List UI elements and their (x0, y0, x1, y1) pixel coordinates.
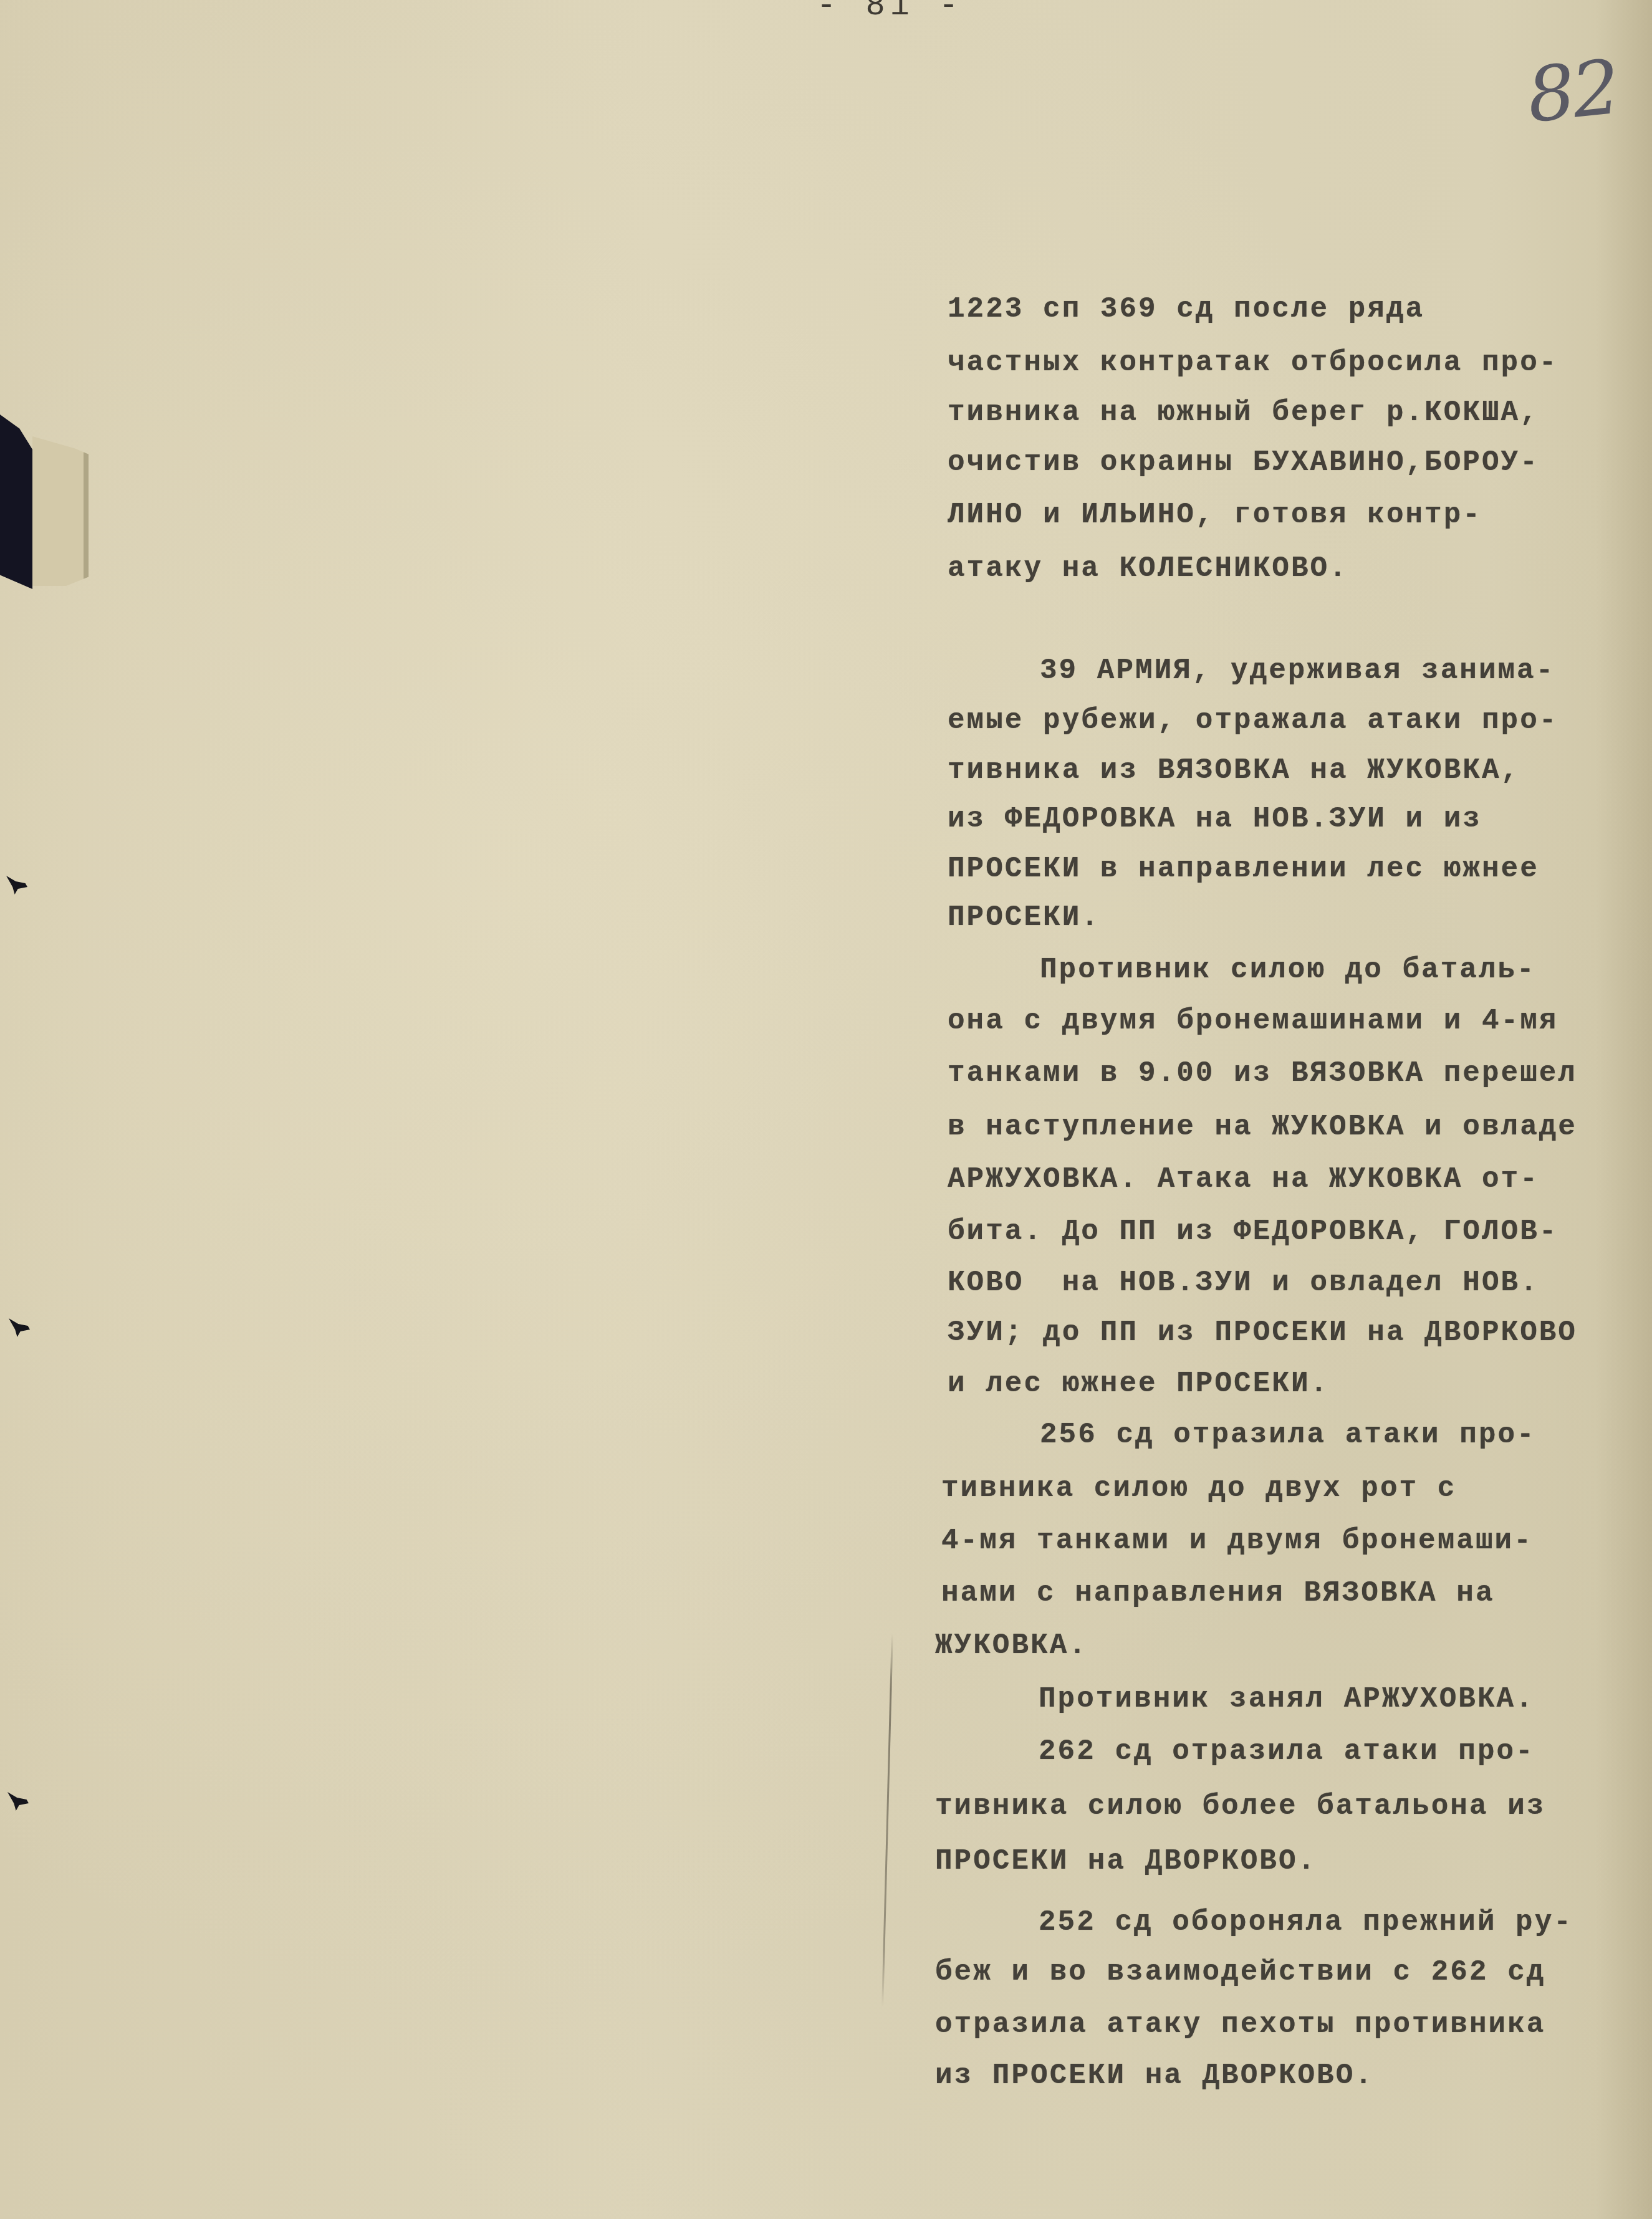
text-line: 4-мя танками и двумя бронемаши- (941, 1525, 1533, 1557)
page-edge-shadow (1596, 0, 1652, 2219)
text-line: Противник силою до баталь- (1040, 954, 1536, 986)
text-line: 1223 сп 369 сд после ряда (948, 293, 1424, 325)
text-line: бита. До ПП из ФЕДОРОВКА, ГОЛОВ- (948, 1215, 1558, 1248)
text-line: ЗУИ; до ПП из ПРОСЕКИ на ДВОРКОВО (948, 1316, 1577, 1349)
text-line: она с двумя бронемашинами и 4-мя (948, 1005, 1558, 1037)
text-line: тивника силою более батальона из (935, 1790, 1545, 1823)
text-line: тивника силою до двух рот с (941, 1472, 1456, 1505)
text-line: Противник занял АРЖУХОВКА. (1039, 1683, 1535, 1715)
text-line: ЛИНО и ИЛЬИНО, готовя контр- (948, 499, 1482, 531)
scanned-document-page: - 81 - 82 1223 сп 369 сд после ряда част… (0, 0, 1652, 2219)
text-line: и лес южнее ПРОСЕКИ. (948, 1368, 1329, 1400)
text-line: 252 сд обороняла прежний ру- (1039, 1906, 1573, 1939)
text-line: танками в 9.00 из ВЯЗОВКА перешел (948, 1057, 1577, 1090)
text-line: 256 сд отразила атаки про- (1040, 1419, 1536, 1451)
text-line: емые рубежи, отражала атаки про- (948, 704, 1558, 737)
paper-crease (881, 1633, 893, 2007)
text-line: ЖУКОВКА. (935, 1629, 1088, 1662)
text-line: в наступление на ЖУКОВКА и овладе (948, 1111, 1577, 1143)
handwritten-folio-number: 82 (1523, 44, 1621, 140)
text-line: частных контратак отбросила про- (948, 347, 1558, 379)
text-line: беж и во взаимодействии с 262 сд (935, 1956, 1545, 1988)
text-line: тивника на южный берег р.КОКША, (948, 396, 1539, 429)
text-line: ПРОСЕКИ в направлении лес южнее (948, 853, 1539, 885)
text-line: тивника из ВЯЗОВКА на ЖУКОВКА, (948, 754, 1520, 787)
text-line: 262 сд отразила атаки про- (1039, 1735, 1535, 1768)
text-line: ПРОСЕКИ на ДВОРКОВО. (935, 1845, 1317, 1877)
text-line: нами с направления ВЯЗОВКА на (941, 1577, 1495, 1609)
text-line: АРЖУХОВКА. Атака на ЖУКОВКА от- (948, 1163, 1539, 1196)
punch-hole-icon (6, 876, 27, 894)
text-line: очистив окраины БУХАВИНО,БОРОУ- (948, 446, 1539, 479)
text-line: отразила атаку пехоты противника (935, 2008, 1545, 2041)
binding-paper-tab (32, 436, 89, 586)
punch-hole-icon (7, 1792, 29, 1811)
binding-strip (0, 415, 32, 589)
page-number: - 81 - (817, 0, 963, 24)
text-line: КОВО на НОВ.ЗУИ и овладел НОВ. (948, 1267, 1539, 1299)
text-line: ПРОСЕКИ. (948, 901, 1100, 934)
text-line: атаку на КОЛЕСНИКОВО. (948, 552, 1348, 585)
text-line: из ПРОСЕКИ на ДВОРКОВО. (935, 2059, 1374, 2092)
punch-hole-icon (9, 1318, 30, 1337)
text-line: из ФЕДОРОВКА на НОВ.ЗУИ и из (948, 803, 1482, 835)
text-line: 39 АРМИЯ, удерживая занима- (1040, 654, 1555, 687)
